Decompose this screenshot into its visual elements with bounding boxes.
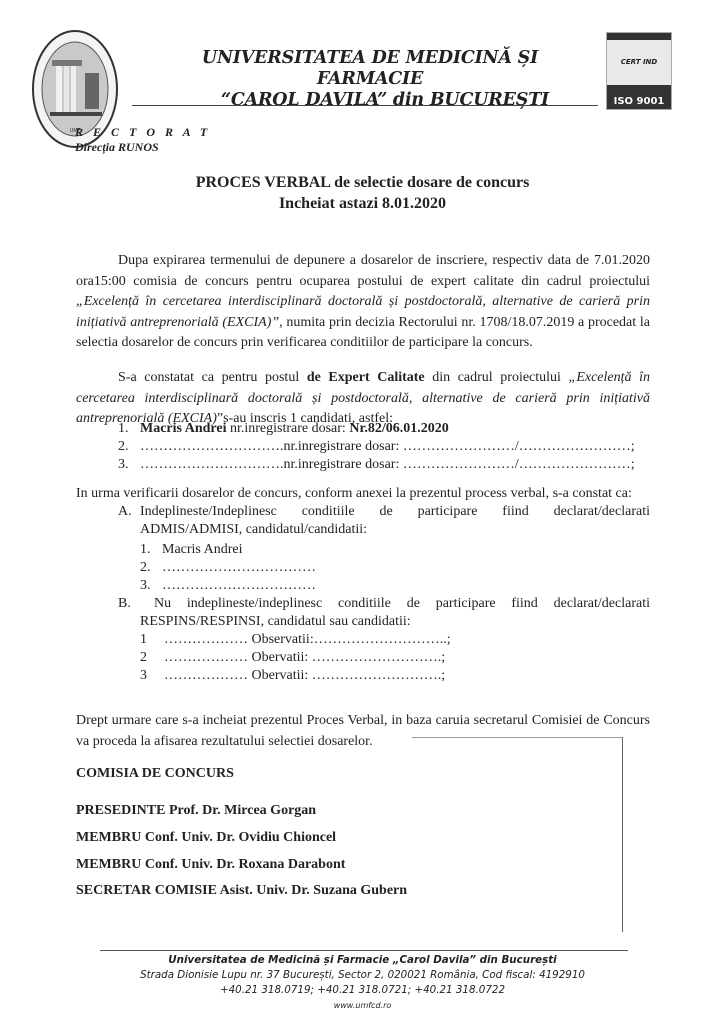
section-b-line1: Nu indeplineste/indeplinesc conditiile d… (154, 595, 650, 613)
member-name: Prof. Dr. Mircea Gorgan (169, 803, 316, 818)
document-date-line: Incheiat astazi 8.01.2020 (0, 193, 725, 214)
committee-member: PRESEDINTE Prof. Dr. Mircea Gorgan (76, 803, 316, 819)
registration-number: ……………………/……………………; (403, 439, 635, 454)
member-role: PRESEDINTE (76, 803, 165, 818)
member-role: SECRETAR COMISIE (76, 883, 217, 898)
rejected-item: 1……………… Observatii:………………………..; (140, 631, 451, 649)
subdepartment-label: Direcția RUNOS (75, 140, 159, 155)
registration-number: Nr.82/06.01.2020 (349, 421, 448, 436)
member-role: MEMBRU (76, 857, 141, 872)
cert-brand: CERT IND (607, 40, 671, 84)
para2-mid: din cadrul proiectului (425, 370, 569, 385)
member-name: Asist. Univ. Dr. Suzana Gubern (220, 883, 407, 898)
signature-box-right-line (622, 737, 623, 932)
admitted-list: 1.Macris Andrei 2.…………………………… 3.……………………… (140, 541, 316, 595)
registration-row: 1.Macris Andrei nr.inregistrare dosar: N… (118, 420, 658, 438)
committee-member: MEMBRU Conf. Univ. Dr. Ovidiu Chioncel (76, 830, 336, 846)
rejected-item: 2……………… Obervatii: ……………………….; (140, 649, 451, 667)
admitted-item: 3.…………………………… (140, 577, 316, 595)
para2-intro: S-a constatat ca pentru postul (118, 370, 307, 385)
university-name-line1: UNIVERSITATEA DE MEDICINĂ ȘI FARMACIE (150, 48, 590, 90)
university-name: UNIVERSITATEA DE MEDICINĂ ȘI FARMACIE “C… (150, 48, 590, 111)
header-divider (132, 105, 598, 106)
rejected-item: 3……………… Obervatii: ……………………….; (140, 667, 451, 685)
document-title: PROCES VERBAL de selectie dosare de conc… (0, 172, 725, 214)
registration-row: 2.………………………….nr.inregistrare dosar: …………… (118, 438, 658, 456)
committee-heading: COMISIA DE CONCURS (76, 766, 234, 782)
admitted-item: 2.…………………………… (140, 559, 316, 577)
paragraph-intro: Dupa expirarea termenului de depunere a … (76, 251, 650, 354)
paragraph-verification: In urma verificarii dosarelor de concurs… (76, 484, 650, 505)
admitted-item: 1.Macris Andrei (140, 541, 316, 559)
footer-phones: +40.21 318.0719; +40.21 318.0721; +40.21… (0, 983, 725, 998)
section-a-line1: Indeplineste/Indeplinesc conditiile de p… (140, 503, 650, 521)
signature-box-top-line (412, 737, 623, 738)
member-name: Conf. Univ. Dr. Roxana Darabont (145, 857, 346, 872)
section-a-line2: ADMIS/ADMISI, candidatul/candidatii: (118, 521, 650, 539)
candidate-name: Macris Andrei (140, 421, 226, 436)
section-b-line2: RESPINS/RESPINSI, candidatul sau candida… (118, 613, 650, 631)
university-name-line2: “CAROL DAVILA” din BUCUREȘTI (150, 90, 590, 111)
footer-address: Strada Dionisie Lupu nr. 37 București, S… (0, 968, 725, 983)
section-admitted: A. Indeplineste/Indeplinesc conditiile d… (118, 503, 650, 539)
candidate-name: …………………………. (140, 439, 284, 454)
section-b-label: B. (118, 595, 154, 613)
section-rejected: B. Nu indeplineste/indeplinesc conditiil… (118, 595, 650, 631)
para1-intro: Dupa expirarea termenului de depunere a … (76, 253, 650, 289)
registration-row: 3.………………………….nr.inregistrare dosar: …………… (118, 456, 658, 474)
member-name: Conf. Univ. Dr. Ovidiu Chioncel (145, 830, 336, 845)
section-a-label: A. (118, 503, 140, 521)
registration-number: ……………………/……………………; (403, 457, 635, 472)
rejected-list: 1……………… Observatii:………………………..; 2……………… … (140, 631, 451, 685)
footer-divider (100, 950, 628, 951)
iso-certification-badge-icon: CERT IND ISO 9001 (606, 32, 672, 110)
footer-university-name: Universitatea de Medicină și Farmacie „C… (0, 953, 725, 968)
department-label: R E C T O R A T (75, 125, 211, 140)
paragraph-conclusion: Drept urmare care s-a incheiat prezentul… (76, 711, 650, 752)
footer-website-link[interactable]: www.umfcd.ro (0, 998, 725, 1013)
committee-member: MEMBRU Conf. Univ. Dr. Roxana Darabont (76, 857, 345, 873)
committee-member: SECRETAR COMISIE Asist. Univ. Dr. Suzana… (76, 883, 407, 899)
document-title-line1: PROCES VERBAL de selectie dosare de conc… (0, 172, 725, 193)
registration-list: 1.Macris Andrei nr.inregistrare dosar: N… (118, 420, 658, 474)
footer: Universitatea de Medicină și Farmacie „C… (0, 953, 725, 1013)
para2-position: de Expert Calitate (307, 370, 425, 385)
candidate-name: …………………………. (140, 457, 284, 472)
iso-standard-label: ISO 9001 (607, 85, 671, 109)
member-role: MEMBRU (76, 830, 141, 845)
